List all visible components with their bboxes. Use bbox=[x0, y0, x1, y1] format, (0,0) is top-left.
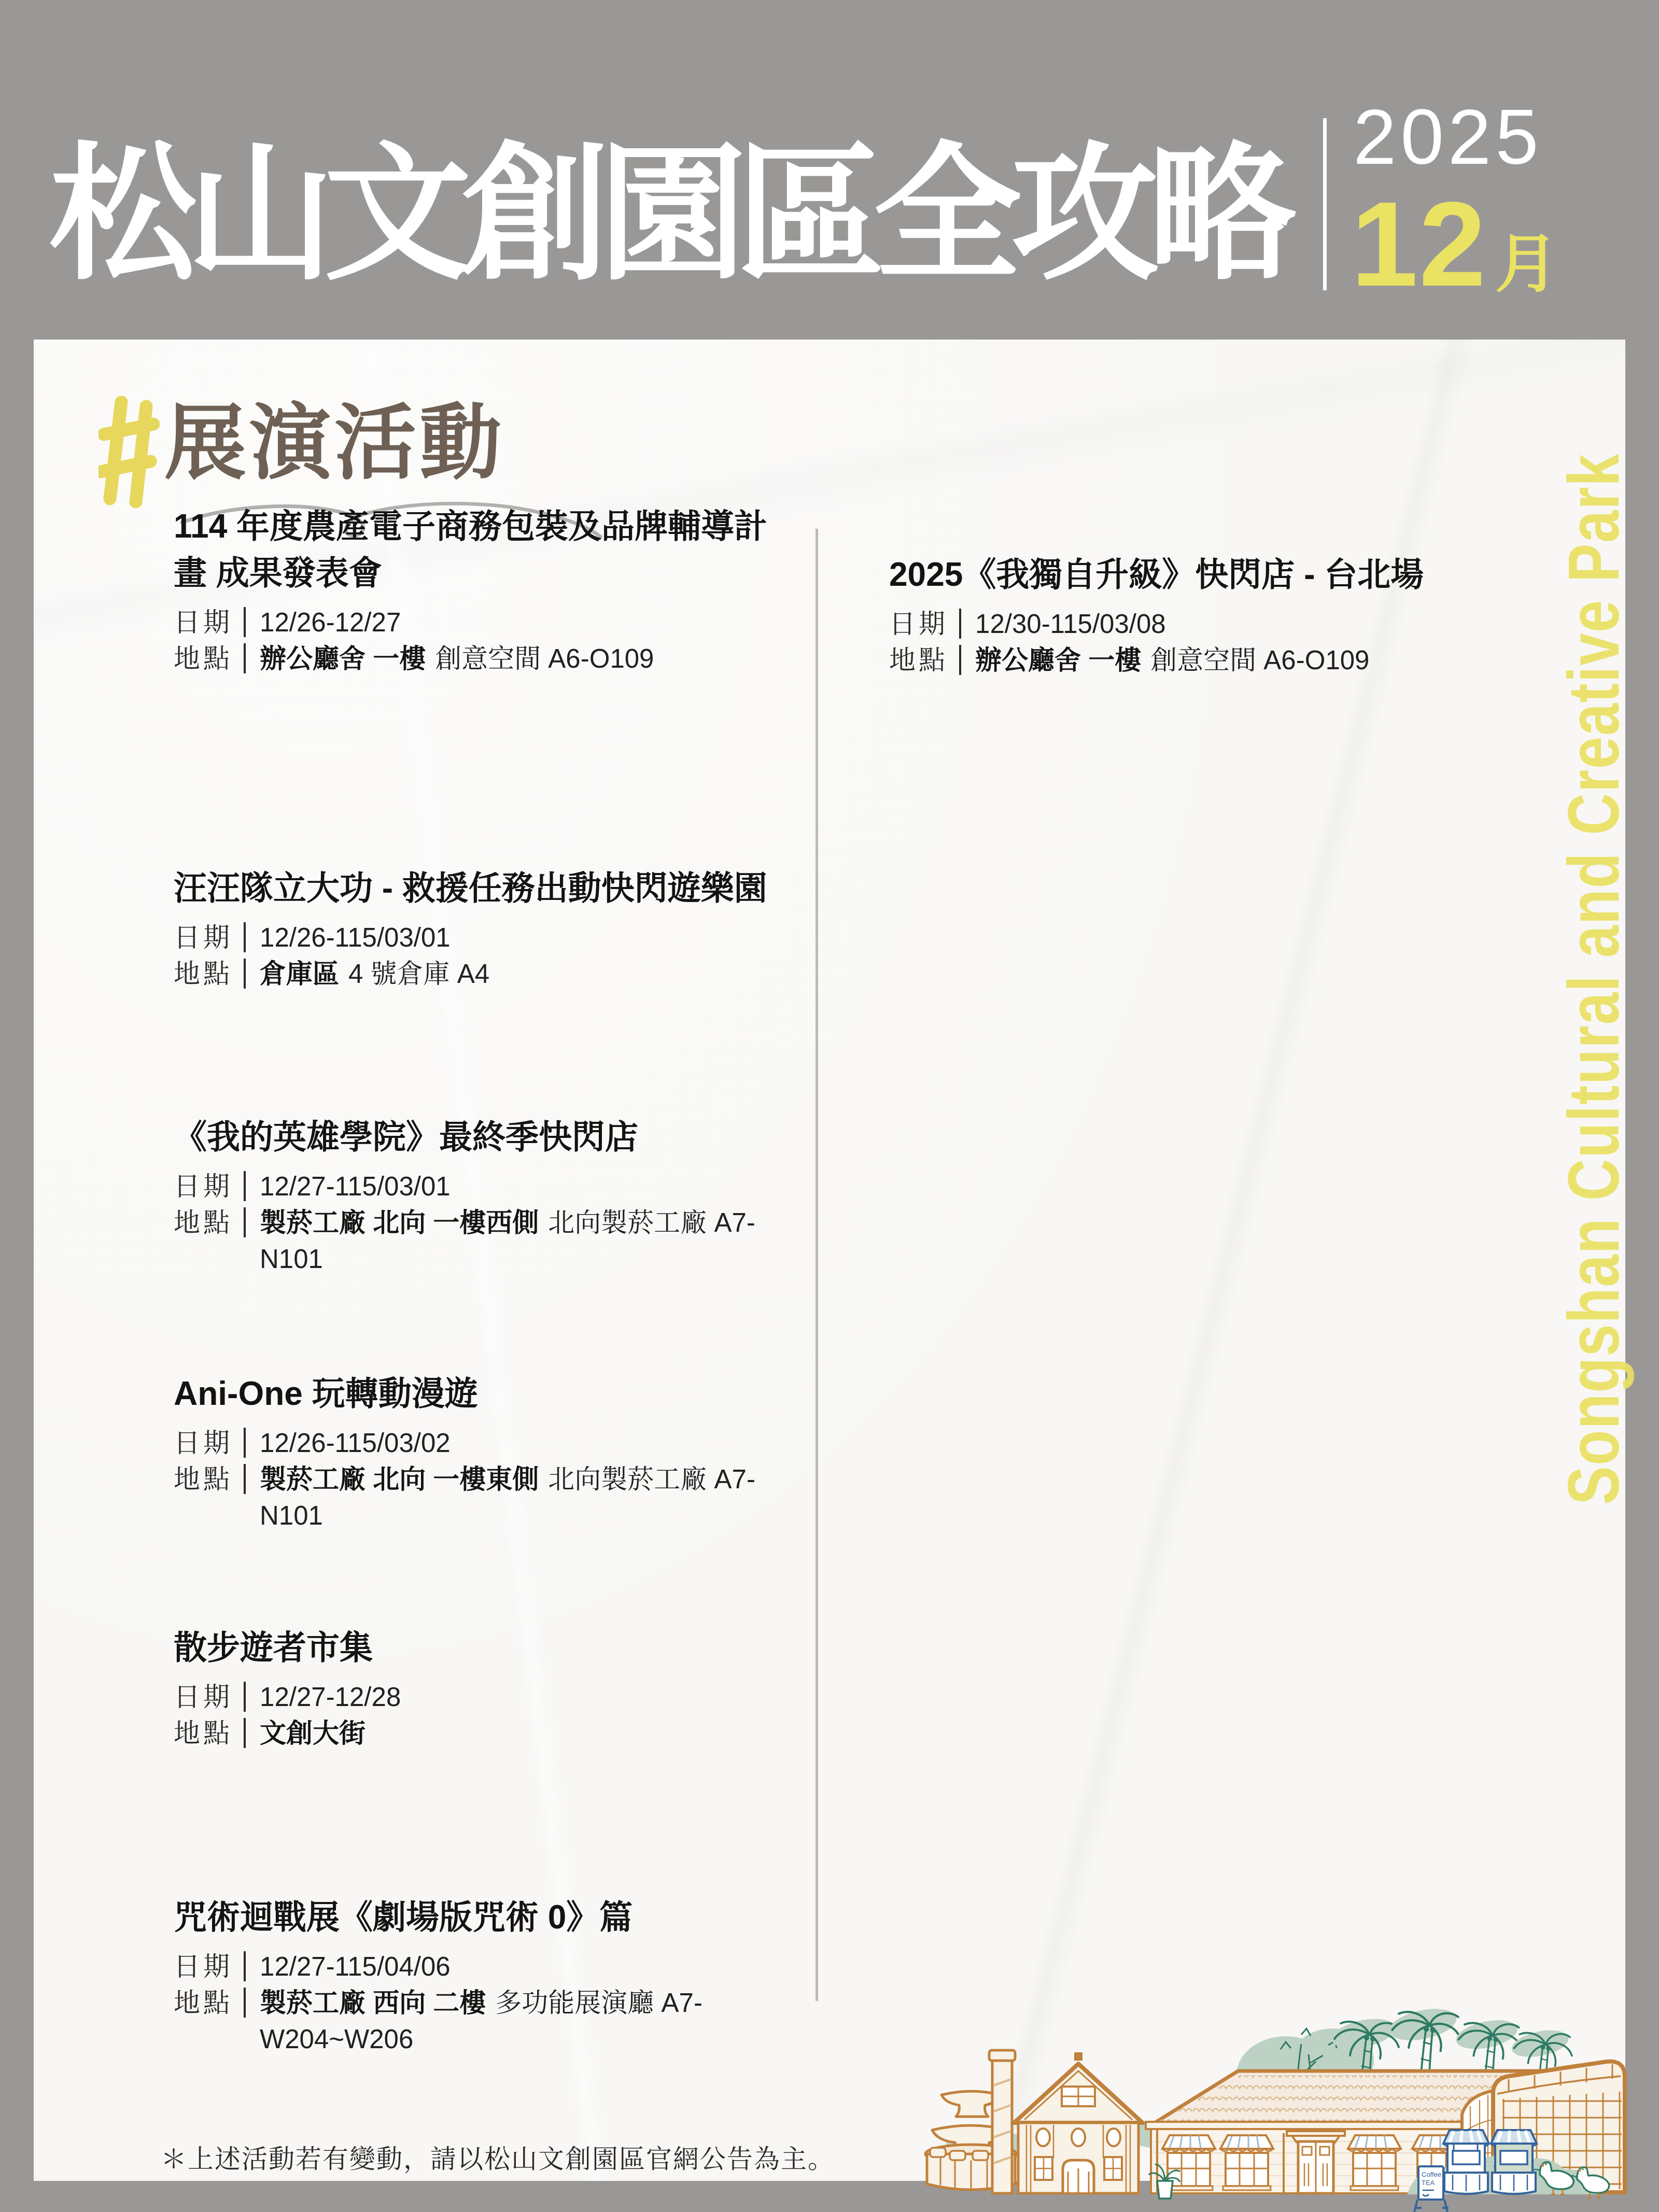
hashtag-icon bbox=[99, 395, 160, 508]
date-row: 日期 12/30-115/03/08 bbox=[889, 606, 1563, 642]
event-title: 2025《我獨自升級》快閃店 - 台北場 bbox=[889, 551, 1563, 598]
location-row: 地點 倉庫區4 號倉庫 A4 bbox=[174, 956, 796, 992]
location-row: 地點 辦公廳舍 一樓創意空間 A6-O109 bbox=[174, 641, 796, 677]
gable-building-icon bbox=[1014, 2052, 1143, 2193]
date-row: 日期 12/26-115/03/01 bbox=[174, 920, 796, 956]
event-card: Ani-One 玩轉動漫遊 日期 12/26-115/03/02 地點 製菸工廠… bbox=[174, 1370, 796, 1534]
event-title: Ani-One 玩轉動漫遊 bbox=[174, 1370, 796, 1417]
label-separator bbox=[244, 607, 246, 637]
location-label: 地點 bbox=[174, 1205, 233, 1241]
event-title: 散步遊者市集 bbox=[174, 1624, 796, 1671]
date-row: 日期 12/27-12/28 bbox=[174, 1679, 796, 1715]
event-title: 咒術迴戰展《劇場版咒術 0》篇 bbox=[174, 1894, 796, 1940]
location-rest: 創意空間 A6-O109 bbox=[435, 644, 654, 673]
kiosk-icon bbox=[1491, 2130, 1537, 2194]
location-value: 辦公廳舍 一樓創意空間 A6-O109 bbox=[975, 642, 1563, 679]
label-separator bbox=[959, 645, 961, 675]
label-separator bbox=[244, 643, 246, 673]
date-value: 12/30-115/03/08 bbox=[975, 606, 1563, 642]
event-card: 散步遊者市集 日期 12/27-12/28 地點 文創大街 bbox=[174, 1624, 796, 1752]
date-value: 12/26-115/03/01 bbox=[260, 920, 796, 956]
label-separator bbox=[244, 1988, 246, 2018]
location-value: 製菸工廠 北向 一樓東側北向製菸工廠 A7-N101 bbox=[260, 1461, 796, 1534]
location-label: 地點 bbox=[174, 1461, 233, 1498]
location-value: 倉庫區4 號倉庫 A4 bbox=[260, 956, 796, 992]
page-title: 松山文創園區全攻略 bbox=[49, 141, 1286, 289]
location-label: 地點 bbox=[174, 1985, 233, 2021]
location-bold: 製菸工廠 北向 一樓西側 bbox=[260, 1208, 539, 1237]
park-illustration: Coffee TEA bbox=[923, 2013, 1628, 2200]
event-card: 2025《我獨自升級》快閃店 - 台北場 日期 12/30-115/03/08 … bbox=[889, 551, 1563, 679]
year-label: 2025 bbox=[1353, 98, 1543, 176]
month-block: 12 月 bbox=[1351, 185, 1558, 305]
location-row: 地點 製菸工廠 北向 一樓西側北向製菸工廠 A7-N101 bbox=[174, 1205, 796, 1277]
location-value: 製菸工廠 北向 一樓西側北向製菸工廠 A7-N101 bbox=[260, 1205, 796, 1277]
event-title: 114 年度農產電子商務包裝及品牌輔導計畫 成果發表會 bbox=[174, 503, 796, 596]
month-unit: 月 bbox=[1495, 232, 1558, 295]
section-title: 展演活動 bbox=[164, 401, 504, 487]
location-label: 地點 bbox=[174, 641, 233, 677]
location-row: 地點 文創大街 bbox=[174, 1715, 796, 1752]
event-card: 咒術迴戰展《劇場版咒術 0》篇 日期 12/27-115/04/06 地點 製菸… bbox=[174, 1894, 796, 2058]
location-bold: 辦公廳舍 一樓 bbox=[975, 645, 1141, 675]
content-page: 展演活動 114 年度農產電子商務包裝及品牌輔導計畫 成果發表會 日期 12/2… bbox=[34, 340, 1625, 2181]
location-bold: 辦公廳舍 一樓 bbox=[260, 644, 426, 673]
location-value: 製菸工廠 西向 二樓多功能展演廳 A7-W204~W206 bbox=[260, 1985, 796, 2058]
event-card: 114 年度農產電子商務包裝及品牌輔導計畫 成果發表會 日期 12/26-12/… bbox=[174, 503, 796, 677]
label-separator bbox=[244, 922, 246, 952]
label-separator bbox=[244, 1464, 246, 1494]
location-bold: 製菸工廠 北向 一樓東側 bbox=[260, 1464, 539, 1494]
location-row: 地點 辦公廳舍 一樓創意空間 A6-O109 bbox=[889, 642, 1563, 679]
date-label: 日期 bbox=[889, 606, 948, 642]
label-separator bbox=[244, 1207, 246, 1237]
disclaimer-text: ＊上述活動若有變動，請以松山文創園區官網公告為主。 bbox=[161, 2143, 835, 2176]
event-card: 《我的英雄學院》最終季快閃店 日期 12/27-115/03/01 地點 製菸工… bbox=[174, 1114, 796, 1277]
date-row: 日期 12/27-115/04/06 bbox=[174, 1949, 796, 1985]
date-row: 日期 12/27-115/03/01 bbox=[174, 1168, 796, 1205]
label-separator bbox=[244, 1951, 246, 1981]
date-value: 12/27-115/04/06 bbox=[260, 1949, 796, 1985]
location-label: 地點 bbox=[889, 642, 948, 679]
location-bold: 倉庫區 bbox=[260, 959, 339, 989]
date-label: 日期 bbox=[174, 604, 233, 641]
chimney-icon bbox=[989, 2050, 1015, 2193]
poster: 松山文創園區全攻略 2025 12 月 展演活動 114 年度農產電子商務包裝及… bbox=[0, 0, 1659, 2212]
location-row: 地點 製菸工廠 西向 二樓多功能展演廳 A7-W204~W206 bbox=[174, 1985, 796, 2058]
location-value: 辦公廳舍 一樓創意空間 A6-O109 bbox=[260, 641, 796, 677]
column-divider bbox=[816, 529, 818, 2001]
label-separator bbox=[244, 1171, 246, 1201]
date-label: 日期 bbox=[174, 1425, 233, 1461]
kiosk-icon bbox=[1443, 2130, 1489, 2194]
date-value: 12/26-115/03/02 bbox=[260, 1425, 796, 1461]
label-separator bbox=[244, 1718, 246, 1748]
location-rest: 4 號倉庫 A4 bbox=[348, 959, 489, 989]
label-separator bbox=[244, 1428, 246, 1458]
location-label: 地點 bbox=[174, 956, 233, 992]
label-separator bbox=[244, 1682, 246, 1712]
location-bold: 製菸工廠 西向 二樓 bbox=[260, 1988, 486, 2018]
date-value: 12/27-115/03/01 bbox=[260, 1168, 796, 1205]
month-number: 12 bbox=[1351, 185, 1487, 305]
event-card: 汪汪隊立大功 - 救援任務出動快閃遊樂園 日期 12/26-115/03/01 … bbox=[174, 865, 796, 992]
date-value: 12/26-12/27 bbox=[260, 604, 796, 641]
sign-text: TEA bbox=[1422, 2179, 1435, 2187]
date-label: 日期 bbox=[174, 1168, 233, 1205]
location-row: 地點 製菸工廠 北向 一樓東側北向製菸工廠 A7-N101 bbox=[174, 1461, 796, 1534]
location-rest: 創意空間 A6-O109 bbox=[1150, 645, 1369, 675]
side-vertical-text: Songshan Cultural and Creative Park bbox=[1552, 453, 1636, 1505]
location-label: 地點 bbox=[174, 1715, 233, 1752]
label-separator bbox=[244, 959, 246, 989]
location-value: 文創大街 bbox=[260, 1715, 796, 1752]
label-separator bbox=[959, 609, 961, 639]
date-label: 日期 bbox=[174, 1949, 233, 1985]
date-row: 日期 12/26-12/27 bbox=[174, 604, 796, 641]
event-title: 汪汪隊立大功 - 救援任務出動快閃遊樂園 bbox=[174, 865, 796, 911]
event-title: 《我的英雄學院》最終季快閃店 bbox=[174, 1114, 796, 1160]
sign-text: Coffee bbox=[1422, 2171, 1441, 2178]
header-divider bbox=[1323, 118, 1327, 290]
date-label: 日期 bbox=[174, 920, 233, 956]
date-row: 日期 12/26-115/03/02 bbox=[174, 1425, 796, 1461]
location-bold: 文創大街 bbox=[260, 1718, 365, 1748]
date-value: 12/27-12/28 bbox=[260, 1679, 796, 1715]
date-label: 日期 bbox=[174, 1679, 233, 1715]
